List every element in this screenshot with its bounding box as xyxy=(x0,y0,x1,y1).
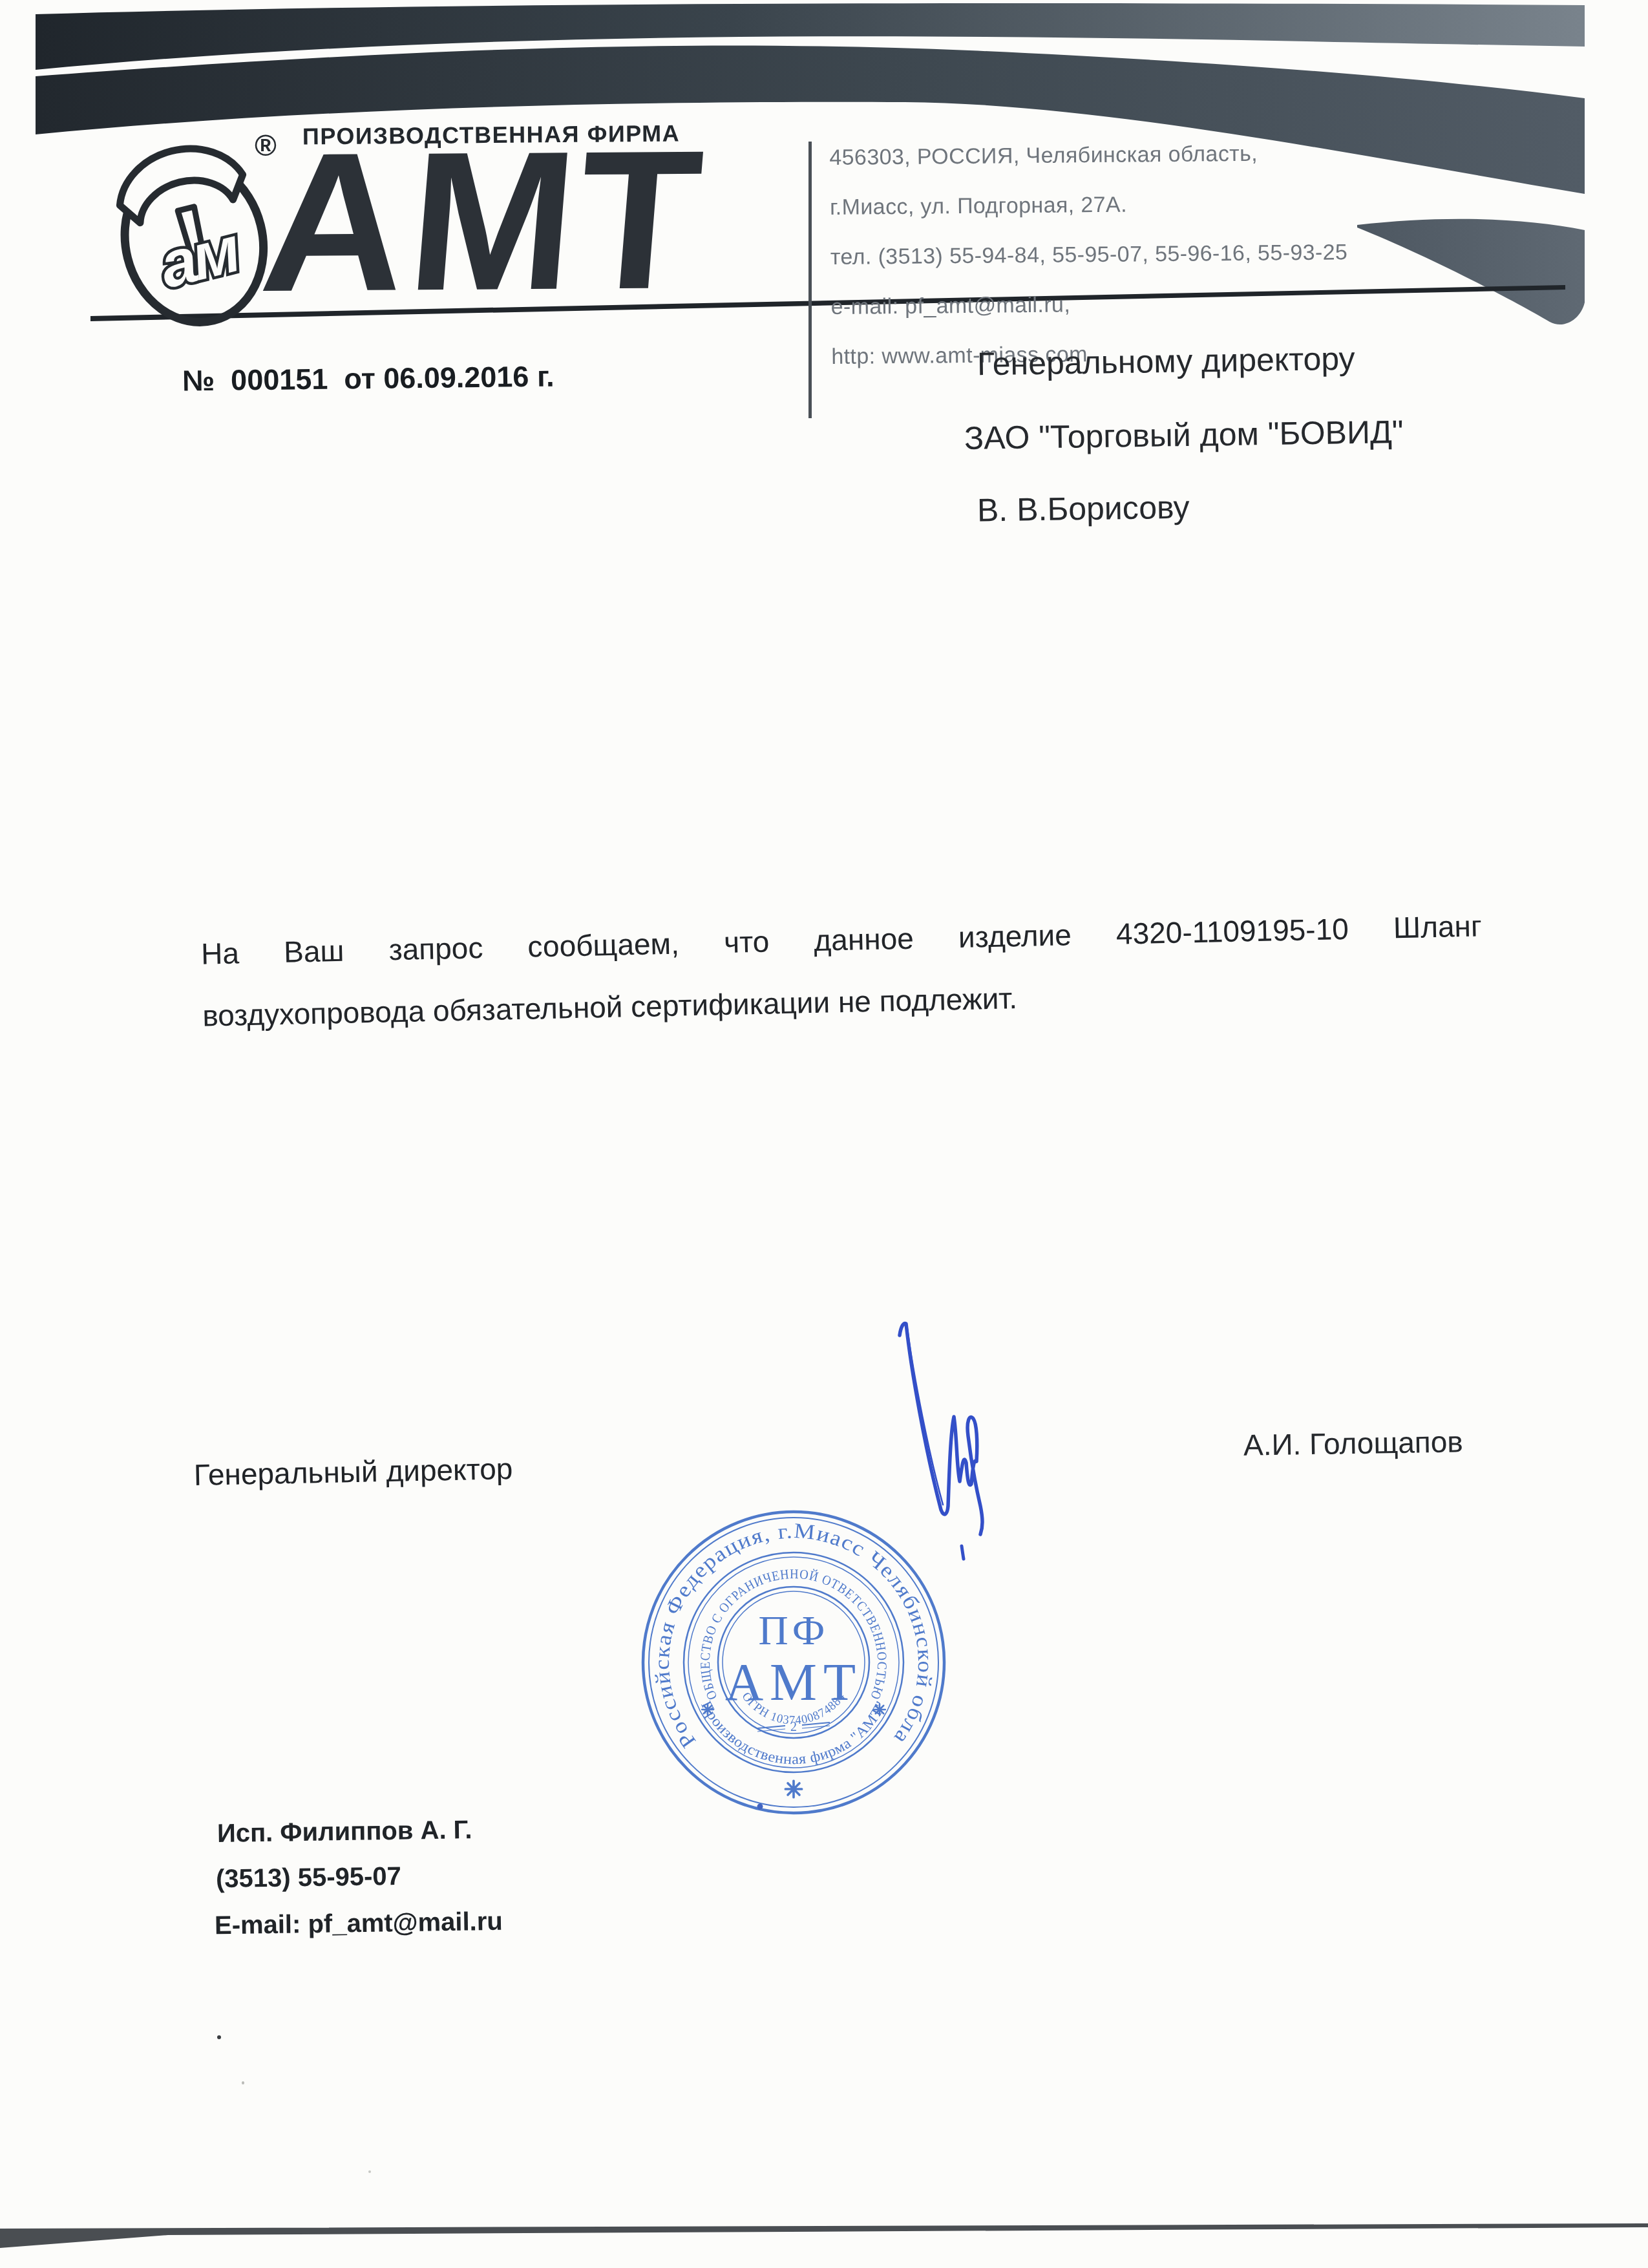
stamp-divider-mark: 2 xyxy=(790,1720,797,1734)
paper-edge-line xyxy=(0,2223,1648,2248)
contact-divider-rule xyxy=(808,142,812,418)
stamp-center-line-2: АМТ xyxy=(725,1653,862,1712)
stamp-flower-left-icon xyxy=(702,1704,713,1715)
contact-phone-line: тел. (3513) 55-94-84, 55-95-07, 55-96-16… xyxy=(830,228,1347,282)
swoosh-band-tail xyxy=(1357,219,1585,324)
addressee-company-line: ЗАО "Торговый дом "БОВИД" xyxy=(964,413,1404,457)
contact-address-line-2: г.Миасс, ул. Подгорная, 27А. xyxy=(830,178,1347,233)
body-line-1: НаВашзапроссообщаем,чтоданноеизделие4320… xyxy=(201,906,1483,973)
reference-number-line: № 000151 от 06.09.2016 г. xyxy=(182,359,555,397)
addressee-person-line: В. В.Борисову xyxy=(977,489,1190,529)
signature-stroke-echo xyxy=(907,1329,943,1505)
signatory-name: А.И. Голощапов xyxy=(1243,1424,1464,1462)
scanned-letter-page: { "letterhead": { "brand": { "registered… xyxy=(0,0,1648,2268)
contact-email-line: e-mail: pf_amt@mail.ru, xyxy=(830,277,1348,332)
executor-email-line: E-mail: pf_amt@mail.ru xyxy=(215,1907,503,1941)
paper-bottom-edge xyxy=(0,2198,1648,2268)
scan-speck-2 xyxy=(242,2081,244,2084)
logo-monogram-text: ам xyxy=(153,213,247,302)
executor-phone-line: (3513) 55-95-07 xyxy=(216,1862,401,1894)
scan-speck-1 xyxy=(217,2035,221,2039)
body-paragraph: НаВашзапроссообщаем,чтоданноеизделие4320… xyxy=(201,906,1484,1035)
addressee-title-line: Генеральному директору xyxy=(977,340,1355,383)
signatory-title: Генеральный директор xyxy=(194,1451,513,1492)
body-line-2: воздухопровода обязательной сертификации… xyxy=(202,968,1484,1035)
signature-dash xyxy=(962,1546,964,1559)
executor-name-line: Исп. Филиппов А. Г. xyxy=(217,1816,472,1849)
stamp-center-line-1: ПФ xyxy=(759,1607,829,1653)
stamp-flower-right-icon xyxy=(874,1704,885,1715)
contact-address-line-1: 456303, РОССИЯ, Челябинская область, xyxy=(829,128,1347,183)
company-round-stamp: Российская Федерация, г.Миасс Челябинско… xyxy=(632,1501,955,1824)
scan-speck-3 xyxy=(368,2170,371,2173)
company-name-wordmark: АМТ xyxy=(255,120,712,321)
stamp-ink-dot xyxy=(757,1804,763,1810)
stamp-flower-bottom-icon xyxy=(785,1781,801,1797)
